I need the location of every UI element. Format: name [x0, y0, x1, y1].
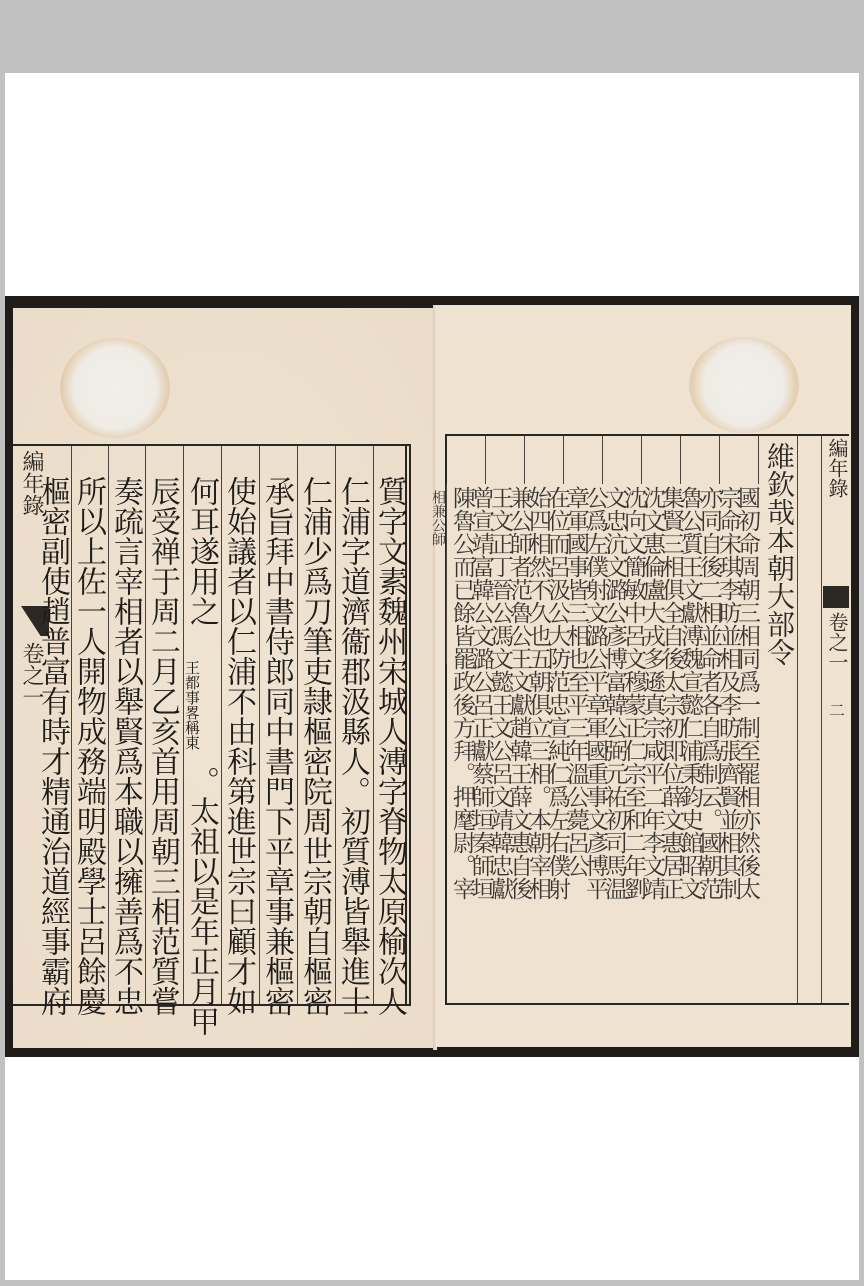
paper-stain: [60, 338, 170, 438]
text-column-9: 所以上佐一人開物成務端明殿學士呂餘慶: [70, 476, 106, 1016]
left-page-frame: 編年錄 卷之一 質字文素魏州宋城人溥字脊物太原榆次人 仁浦字道濟衞郡汲縣人。初質…: [13, 444, 411, 1006]
column-rule: [524, 436, 525, 484]
text-column-6-top: 何耳遂用之: [183, 476, 219, 626]
text-column-4: 承旨拜中書侍郎同中書門下平章事兼樞密: [258, 476, 294, 1016]
text-column-16: 陳魯公而已餘皆罷政後方拜。押麾尉。宰: [452, 486, 471, 900]
column-rule: [485, 436, 486, 484]
column-rule: [563, 436, 564, 484]
text-column-7: 辰受禅于周二月乙亥首用周朝三相范質嘗: [144, 476, 180, 1016]
column-rule: [680, 436, 681, 484]
text-column-6-bottom: 。太祖以是年正月甲: [183, 766, 219, 1036]
column-rule: [758, 436, 759, 484]
text-column-10: 樞密副使趙普富有時才精通治道經事霸府: [34, 476, 70, 1016]
column-rule: [821, 436, 822, 1003]
annotation-note: 王都事畧稱東: [183, 660, 200, 780]
column-rule: [602, 436, 603, 484]
text-column-3: 仁浦少爲刀筆吏隷樞密院周世宗朝自樞密: [296, 476, 332, 1016]
column-rule: [797, 436, 798, 1003]
volume-margin: 卷之一: [825, 612, 849, 672]
column-rule: [446, 484, 447, 664]
book-title-margin: 編年錄: [825, 438, 849, 498]
text-column-2: 仁浦字道濟衞郡汲縣人。初質溥皆舉進士: [334, 476, 370, 1016]
right-page-frame: 維欽哉本朝大部令 編年錄 卷之一 二 國初命周朝三相同爲一制至罷相亦然後太 宗命…: [445, 434, 849, 1005]
column-rule: [641, 436, 642, 484]
column-rule: [719, 436, 720, 484]
text-column-1: 質字文素魏州宋城人溥字脊物太原榆次人: [371, 476, 407, 1016]
folio-number: 二: [829, 698, 845, 721]
text-column-5: 使始議者以仁浦不由科第進世宗曰顧才如: [220, 476, 256, 1016]
text-column-8: 奏疏言宰相者以舉賢爲本職以擁善爲不忠: [107, 476, 143, 1016]
section-heading: 維欽哉本朝大部令: [763, 442, 795, 666]
fishtail-mark: [823, 586, 849, 608]
paper-stain: [689, 337, 799, 433]
end-note: 相兼公師: [419, 490, 445, 530]
